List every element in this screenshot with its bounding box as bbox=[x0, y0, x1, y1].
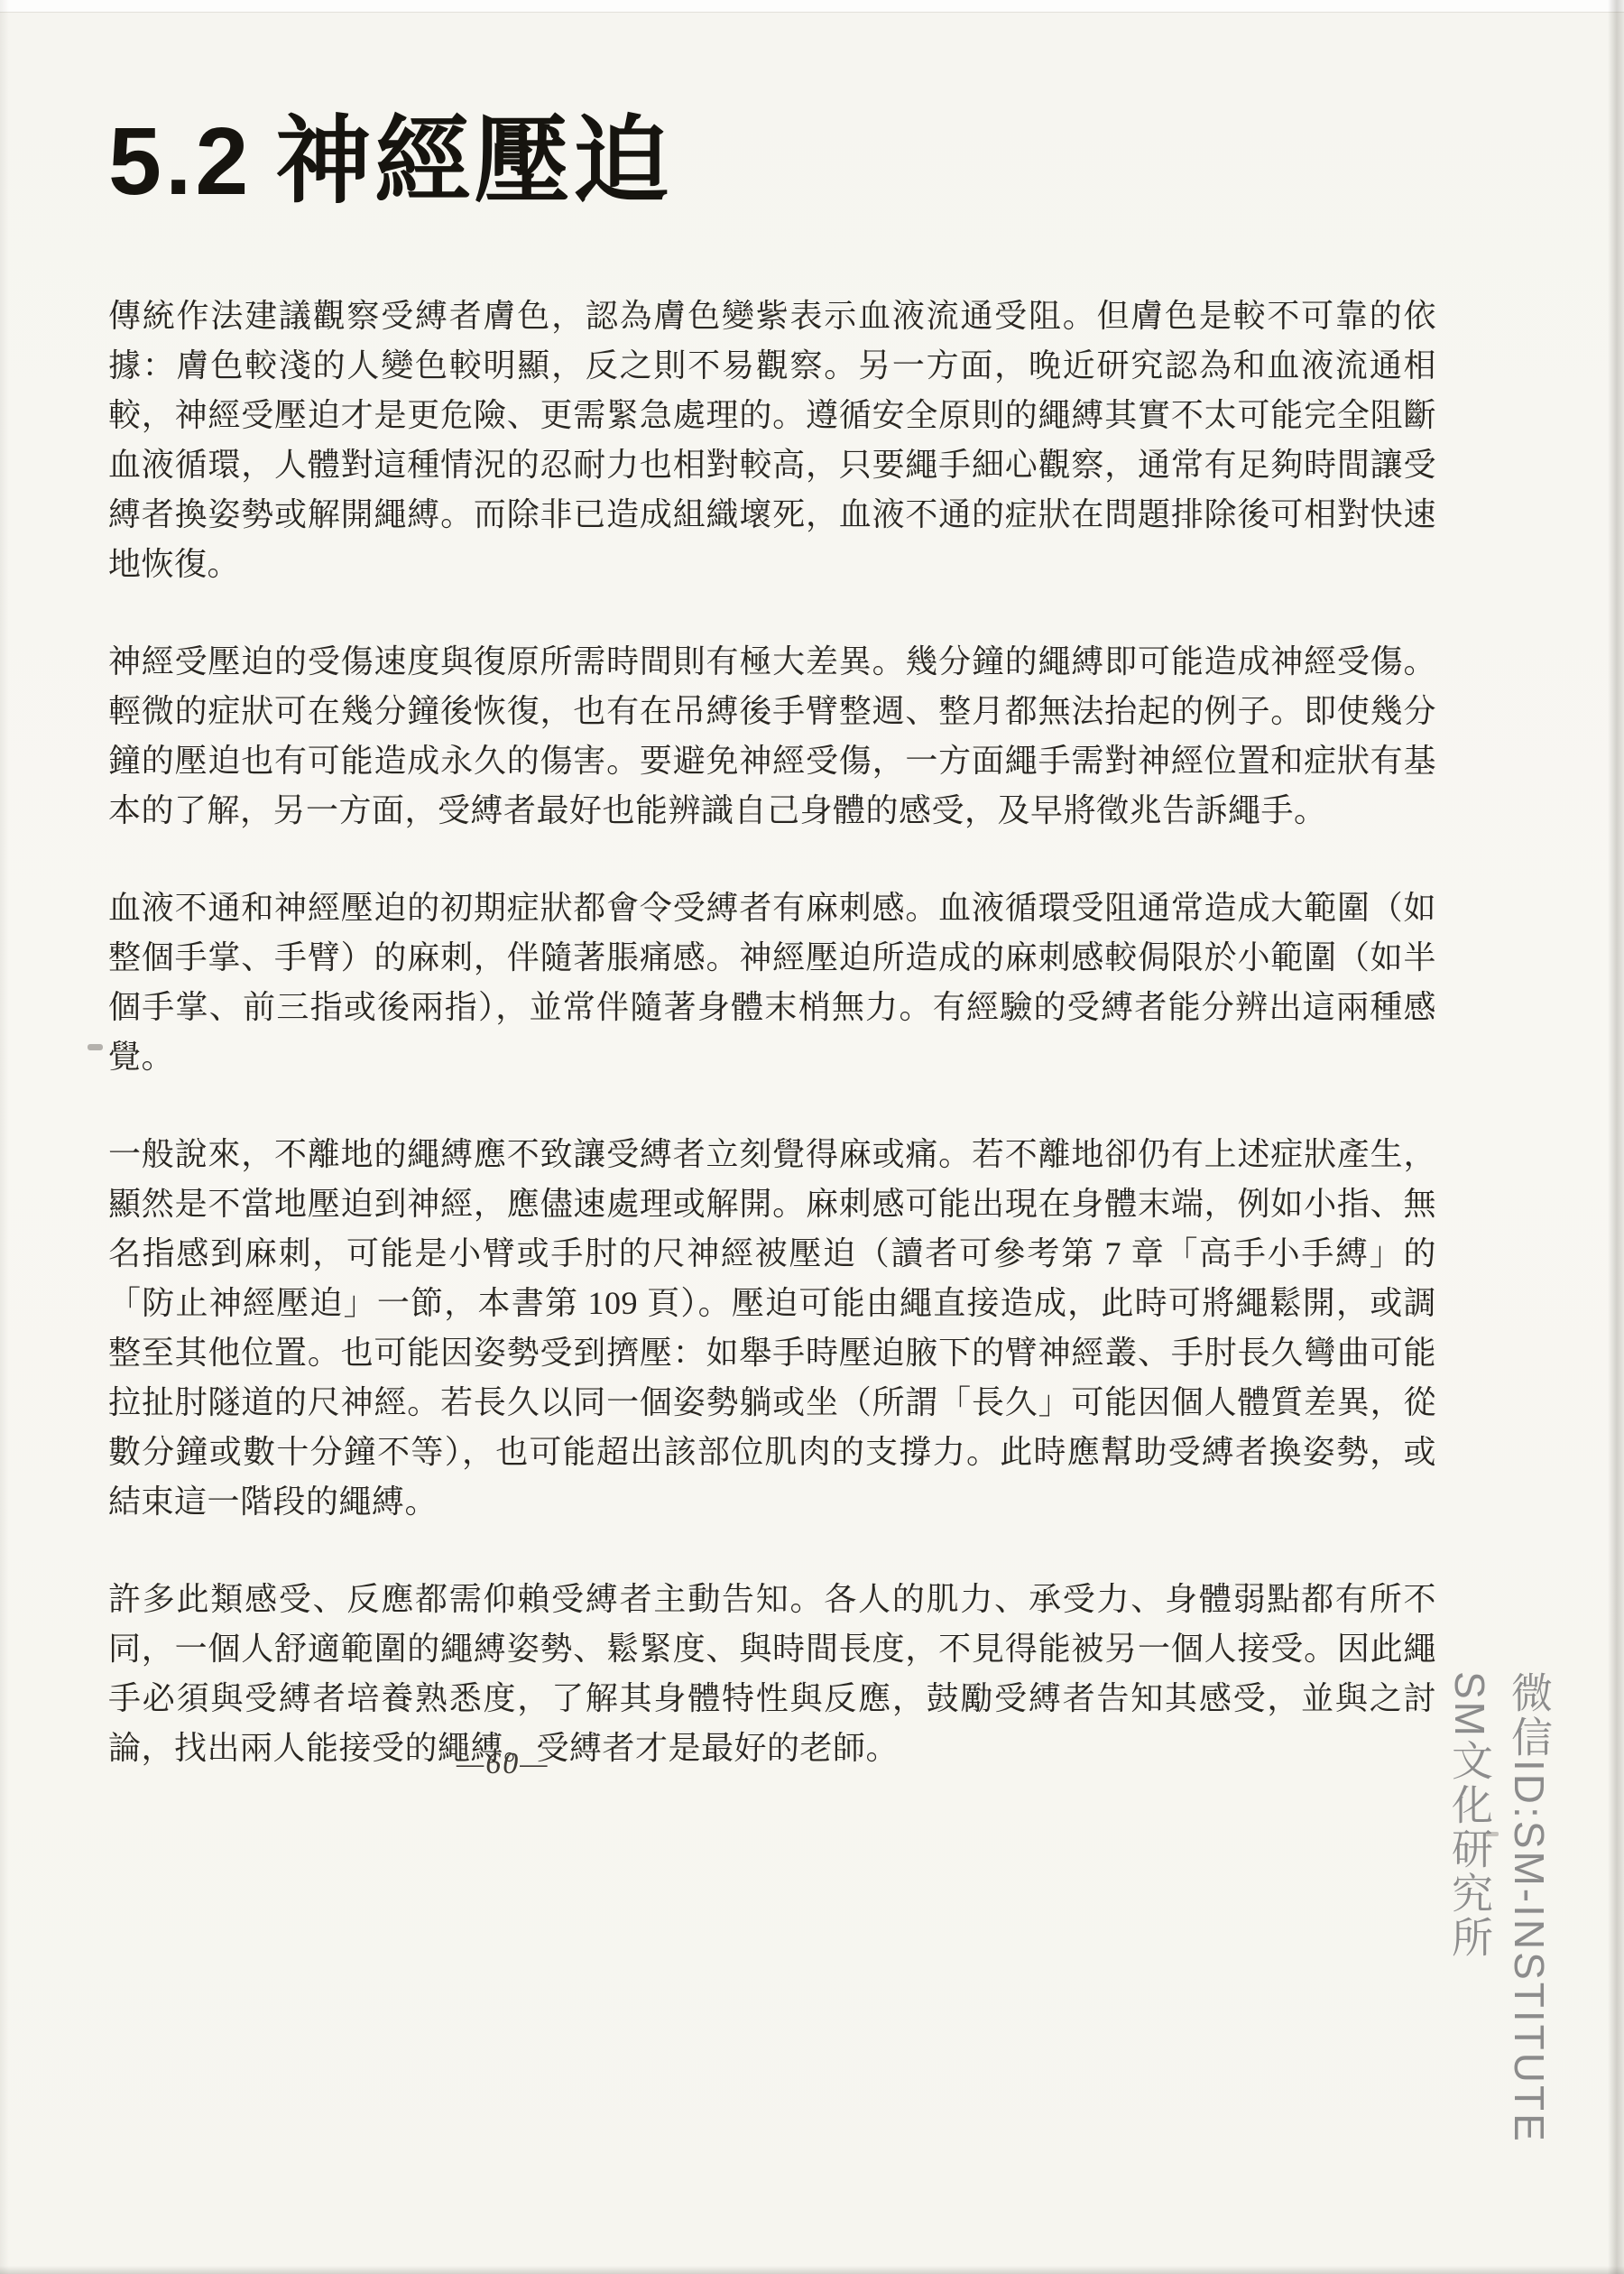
scan-edge-left bbox=[0, 0, 9, 2274]
scan-edge-top bbox=[0, 0, 1624, 13]
section-heading: 5.2神經壓迫 bbox=[108, 106, 1436, 217]
scan-edge-bottom bbox=[0, 2266, 1624, 2274]
watermark-wechat-id: 微信ID:SM-INSTITUTE bbox=[1499, 1671, 1559, 2144]
page-content: 5.2神經壓迫 傳統作法建議觀察受縛者膚色，認為膚色變紫表示血液流通受阻。但膚色… bbox=[108, 106, 1436, 1821]
body-paragraph: 一般說來，不離地的繩縛應不致讓受縛者立刻覺得麻或痛。若不離地卻仍有上述症狀產生，… bbox=[108, 1130, 1436, 1527]
section-title-text: 神經壓迫 bbox=[275, 108, 672, 215]
scanned-book-page: 5.2神經壓迫 傳統作法建議觀察受縛者膚色，認為膚色變紫表示血液流通受阻。但膚色… bbox=[0, 0, 1624, 2274]
scan-edge-right bbox=[1608, 0, 1624, 2274]
vertical-watermark: 微信ID:SM-INSTITUTE SM文化研究所 bbox=[1440, 1671, 1559, 2144]
body-paragraph: 許多此類感受、反應都需仰賴受縛者主動告知。各人的肌力、承受力、身體弱點都有所不同… bbox=[108, 1575, 1436, 1773]
body-paragraph: 神經受壓迫的受傷速度與復原所需時間則有極大差異。幾分鐘的繩縛即可能造成神經受傷。… bbox=[108, 637, 1436, 836]
section-number: 5.2 bbox=[108, 108, 252, 215]
page-number: —60— bbox=[457, 1747, 549, 1781]
scan-speck bbox=[88, 1044, 103, 1050]
body-paragraph: 傳統作法建議觀察受縛者膚色，認為膚色變紫表示血液流通受阻。但膚色是較不可靠的依據… bbox=[108, 291, 1436, 589]
watermark-institute-name: SM文化研究所 bbox=[1440, 1671, 1499, 2144]
body-paragraph: 血液不通和神經壓迫的初期症狀都會令受縛者有麻刺感。血液循環受阻通常造成大範圍（如… bbox=[108, 883, 1436, 1082]
